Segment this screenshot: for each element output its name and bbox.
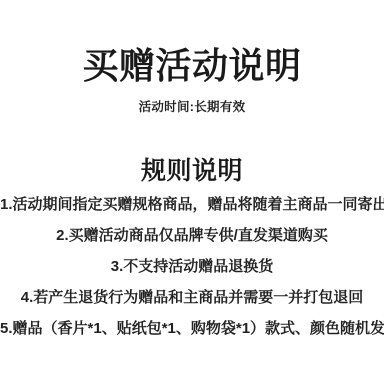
rule-item-2: 2.买赠活动商品仅品牌专供/直发渠道购买	[0, 228, 384, 244]
rule-item-3: 3.不支持活动赠品退换货	[0, 259, 384, 275]
rules-section-heading: 规则说明	[0, 157, 384, 185]
activity-period-subtitle: 活动时间:长期有效	[0, 100, 384, 115]
rule-item-4: 4.若产生退货行为赠品和主商品并需要一并打包退回	[0, 290, 384, 306]
promo-notice-page: 买赠活动说明 活动时间:长期有效 规则说明 1.活动期间指定买赠规格商品，赠品将…	[0, 0, 384, 384]
page-title: 买赠活动说明	[0, 46, 384, 86]
rule-item-5: 5.赠品（香片*1、贴纸包*1、购物袋*1）款式、颜色随机发放	[0, 321, 384, 337]
rules-list: 1.活动期间指定买赠规格商品，赠品将随着主商品一同寄出 2.买赠活动商品仅品牌专…	[0, 197, 384, 337]
rule-item-1: 1.活动期间指定买赠规格商品，赠品将随着主商品一同寄出	[0, 197, 384, 213]
